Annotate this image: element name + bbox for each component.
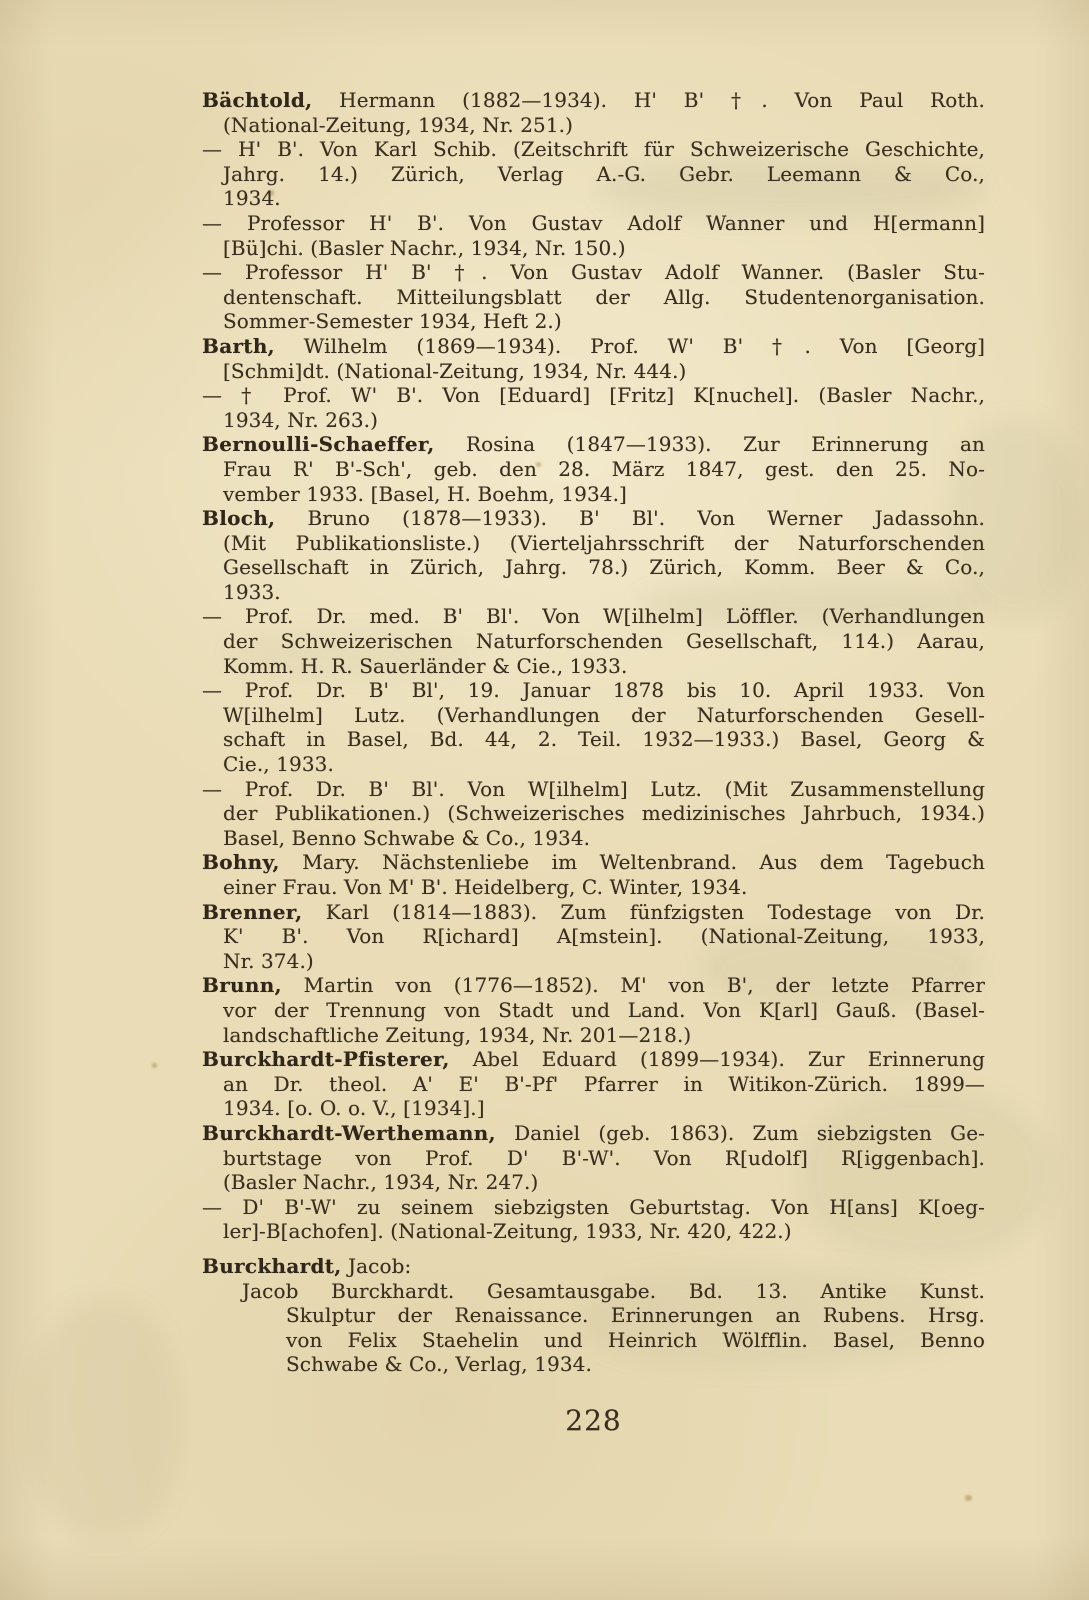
text-line: vember 1933. [Basel, H. Boehm, 1934.] [202,482,985,507]
text-line: 1934. [202,186,985,211]
text-line: — † Prof. W' B'. Von [Eduard] [Fritz] K[… [202,383,985,408]
text-line: Burckhardt-Werthemann, Daniel (geb. 1863… [202,1121,985,1146]
bib-entry: — D' B'-W' zu seinem siebzigsten Geburts… [202,1195,985,1244]
line-text: Skulptur der Renaissance. Erinnerungen a… [286,1303,985,1327]
line-text: der Schweizerischen Naturforschenden Ges… [223,629,985,653]
text-line: Burckhardt-Pfisterer, Abel Eduard (1899—… [202,1047,985,1072]
text-line: (Mit Publikationsliste.) (Vierteljahrssc… [202,531,985,556]
entry-headword: Burckhardt-Werthemann, [202,1121,496,1145]
line-text: — Professor H' B' †. Von Gustav Adolf Wa… [202,260,985,284]
text-line: Jahrg. 14.) Zürich, Verlag A.-G. Gebr. L… [202,162,985,187]
bib-entry: Burckhardt-Pfisterer, Abel Eduard (1899—… [202,1047,985,1121]
text-line: dentenschaft. Mitteilungsblatt der Allg.… [202,285,985,310]
line-text: 1934. [o. O. o. V., [1934].] [223,1096,485,1120]
line-text: Wilhelm (1869—1934). Prof. W' B' †. Von … [275,334,985,358]
line-text: (National-Zeitung, 1934, Nr. 251.) [223,113,573,137]
text-line: landschaftliche Zeitung, 1934, Nr. 201—2… [202,1023,985,1048]
bib-entry: Bächtold, Hermann (1882—1934). H' B' †. … [202,88,985,137]
bib-entry: Bernoulli-Schaeffer, Rosina (1847—1933).… [202,432,985,506]
text-line: Burckhardt, Jacob: [202,1254,985,1279]
bib-entry: — Prof. Dr. B' Bl', 19. Januar 1878 bis … [202,678,985,776]
line-text: Mary. Nächstenliebe im Weltenbrand. Aus … [280,850,985,874]
foxing-speck [152,1063,157,1068]
text-line: burtstage von Prof. D' B'-W'. Von R[udol… [202,1146,985,1171]
line-text: landschaftliche Zeitung, 1934, Nr. 201—2… [223,1023,691,1047]
line-text: [Schmi]dt. (National-Zeitung, 1934, Nr. … [223,359,686,383]
entry-headword: Bohny, [202,850,280,874]
text-line: — H' B'. Von Karl Schib. (Zeitschrift fü… [202,137,985,162]
entry-headword: Brunn, [202,973,282,997]
text-line: Frau R' B'-Sch', geb. den 28. März 1847,… [202,457,985,482]
bib-entry: — Prof. Dr. B' Bl'. Von W[ilhelm] Lutz. … [202,777,985,851]
text-line: — D' B'-W' zu seinem siebzigsten Geburts… [202,1195,985,1220]
bibliography: Bächtold, Hermann (1882—1934). H' B' †. … [202,88,985,1377]
text-line: von Felix Staehelin und Heinrich Wölffli… [202,1328,985,1353]
line-text: Basel, Benno Schwabe & Co., 1934. [223,826,590,850]
text-line: einer Frau. Von M' B'. Heidelberg, C. Wi… [202,875,985,900]
bib-entry: — H' B'. Von Karl Schib. (Zeitschrift fü… [202,137,985,211]
line-text: Gesellschaft in Zürich, Jahrg. 78.) Züri… [223,555,985,579]
show-through-stain [30,1300,180,1540]
line-text: Hermann (1882—1934). H' B' †. Von Paul R… [312,88,985,112]
text-line: — Prof. Dr. B' Bl'. Von W[ilhelm] Lutz. … [202,777,985,802]
entry-headword: Bloch, [202,506,275,530]
text-line: Brenner, Karl (1814—1883). Zum fünfzigst… [202,900,985,925]
line-text: ler]-B[achofen]. (National-Zeitung, 1933… [223,1219,792,1243]
text-line: Basel, Benno Schwabe & Co., 1934. [202,826,985,851]
line-text: Komm. H. R. Sauerländer & Cie., 1933. [223,654,627,678]
text-line: Gesellschaft in Zürich, Jahrg. 78.) Züri… [202,555,985,580]
text-line: an Dr. theol. A' E' B'-Pf' Pfarrer in Wi… [202,1072,985,1097]
text-line: Sommer-Semester 1934, Heft 2.) [202,309,985,334]
line-text: burtstage von Prof. D' B'-W'. Von R[udol… [223,1146,985,1170]
line-text: Sommer-Semester 1934, Heft 2.) [223,309,562,333]
text-line: (Basler Nachr., 1934, Nr. 247.) [202,1170,985,1195]
text-line: K' B'. Von R[ichard] A[mstein]. (Nationa… [202,924,985,949]
text-line: Komm. H. R. Sauerländer & Cie., 1933. [202,654,985,679]
text-line: ler]-B[achofen]. (National-Zeitung, 1933… [202,1219,985,1244]
page-number: 228 [202,1404,985,1437]
entry-headword: Burckhardt, [202,1254,342,1278]
text-line: Cie., 1933. [202,752,985,777]
bib-entry: Bohny, Mary. Nächstenliebe im Weltenbran… [202,850,985,899]
text-line: Bohny, Mary. Nächstenliebe im Weltenbran… [202,850,985,875]
line-text: (Basler Nachr., 1934, Nr. 247.) [223,1170,538,1194]
line-text: vember 1933. [Basel, H. Boehm, 1934.] [223,482,627,506]
line-text: Jahrg. 14.) Zürich, Verlag A.-G. Gebr. L… [223,162,985,186]
text-line: (National-Zeitung, 1934, Nr. 251.) [202,113,985,138]
line-text: — Prof. Dr. med. B' Bl'. Von W[ilhelm] L… [202,604,985,628]
bib-entry: Burckhardt-Werthemann, Daniel (geb. 1863… [202,1121,985,1195]
line-text: 1934. [223,186,281,210]
text-line: — Prof. Dr. med. B' Bl'. Von W[ilhelm] L… [202,604,985,629]
line-text: einer Frau. Von M' B'. Heidelberg, C. Wi… [223,875,747,899]
line-text: dentenschaft. Mitteilungsblatt der Allg.… [223,285,985,309]
bib-entry: — Professor H' B' †. Von Gustav Adolf Wa… [202,260,985,334]
bib-entry: Jacob Burckhardt. Gesamtausgabe. Bd. 13.… [202,1279,985,1377]
line-text: K' B'. Von R[ichard] A[mstein]. (Nationa… [223,924,985,948]
entry-headword: Barth, [202,334,275,358]
text-line: der Publikationen.) (Schweizerisches med… [202,801,985,826]
text-line: Bernoulli-Schaeffer, Rosina (1847—1933).… [202,432,985,457]
line-text: — H' B'. Von Karl Schib. (Zeitschrift fü… [202,137,985,161]
line-text: — Prof. Dr. B' Bl'. Von W[ilhelm] Lutz. … [202,777,985,801]
text-line: — Prof. Dr. B' Bl', 19. Januar 1878 bis … [202,678,985,703]
bib-entry: Barth, Wilhelm (1869—1934). Prof. W' B' … [202,334,985,383]
line-text: Martin von (1776—1852). M' von B', der l… [282,973,985,997]
bib-entry: — Professor H' B'. Von Gustav Adolf Wann… [202,211,985,260]
line-text: — D' B'-W' zu seinem siebzigsten Geburts… [202,1195,985,1219]
line-text: Daniel (geb. 1863). Zum siebzigsten Ge- [496,1121,985,1145]
line-text: 1934, Nr. 263.) [223,408,378,432]
scanned-book-page: Bächtold, Hermann (1882—1934). H' B' †. … [0,0,1089,1600]
text-line: — Professor H' B'. Von Gustav Adolf Wann… [202,211,985,236]
entry-headword: Burckhardt-Pfisterer, [202,1047,450,1071]
text-line: [Bü]chi. (Basler Nachr., 1934, Nr. 150.) [202,236,985,261]
text-line: W[ilhelm] Lutz. (Verhandlungen der Natur… [202,703,985,728]
line-text: der Publikationen.) (Schweizerisches med… [223,801,985,825]
entry-headword: Bächtold, [202,88,312,112]
line-text: (Mit Publikationsliste.) (Vierteljahrssc… [223,531,985,555]
text-line: Bloch, Bruno (1878—1933). B' Bl'. Von We… [202,506,985,531]
text-line: Jacob Burckhardt. Gesamtausgabe. Bd. 13.… [202,1279,985,1304]
line-text: — Professor H' B'. Von Gustav Adolf Wann… [202,211,985,235]
line-text: — † Prof. W' B'. Von [Eduard] [Fritz] K[… [202,383,985,407]
line-text: W[ilhelm] Lutz. (Verhandlungen der Natur… [223,703,985,727]
line-text: Abel Eduard (1899—1934). Zur Erinnerung [450,1047,985,1071]
bib-entry: Brenner, Karl (1814—1883). Zum fünfzigst… [202,900,985,974]
line-text: [Bü]chi. (Basler Nachr., 1934, Nr. 150.) [223,236,626,260]
bib-entry: Bloch, Bruno (1878—1933). B' Bl'. Von We… [202,506,985,604]
line-text: Nr. 374.) [223,949,314,973]
line-text: Frau R' B'-Sch', geb. den 28. März 1847,… [223,457,985,481]
text-line: 1933. [202,580,985,605]
text-line: Bächtold, Hermann (1882—1934). H' B' †. … [202,88,985,113]
line-text: Bruno (1878—1933). B' Bl'. Von Werner Ja… [275,506,985,530]
text-line: Nr. 374.) [202,949,985,974]
text-line: Schwabe & Co., Verlag, 1934. [202,1352,985,1377]
line-text: Rosina (1847—1933). Zur Erinnerung an [435,432,985,456]
bib-entry: Brunn, Martin von (1776—1852). M' von B'… [202,973,985,1047]
bib-entry: — Prof. Dr. med. B' Bl'. Von W[ilhelm] L… [202,604,985,678]
line-text: Cie., 1933. [223,752,334,776]
text-line: Skulptur der Renaissance. Erinnerungen a… [202,1303,985,1328]
bib-entry: Burckhardt, Jacob: [202,1254,985,1279]
line-text: Schwabe & Co., Verlag, 1934. [286,1352,592,1376]
text-line: Barth, Wilhelm (1869—1934). Prof. W' B' … [202,334,985,359]
line-text: Karl (1814—1883). Zum fünfzigsten Todest… [302,900,985,924]
line-text: vor der Trennung von Stadt und Land. Von… [223,998,985,1022]
text-line: — Professor H' B' †. Von Gustav Adolf Wa… [202,260,985,285]
line-text: schaft in Basel, Bd. 44, 2. Teil. 1932—1… [223,727,985,751]
line-text: von Felix Staehelin und Heinrich Wölffli… [286,1328,985,1352]
text-line: 1934. [o. O. o. V., [1934].] [202,1096,985,1121]
line-text: Jacob Burckhardt. Gesamtausgabe. Bd. 13.… [242,1279,985,1303]
bib-entry: — † Prof. W' B'. Von [Eduard] [Fritz] K[… [202,383,985,432]
text-line: [Schmi]dt. (National-Zeitung, 1934, Nr. … [202,359,985,384]
line-text: an Dr. theol. A' E' B'-Pf' Pfarrer in Wi… [223,1072,985,1096]
foxing-speck [965,1495,972,1501]
text-line: vor der Trennung von Stadt und Land. Von… [202,998,985,1023]
text-line: der Schweizerischen Naturforschenden Ges… [202,629,985,654]
text-line: Brunn, Martin von (1776—1852). M' von B'… [202,973,985,998]
entry-headword: Brenner, [202,900,302,924]
text-line: 1934, Nr. 263.) [202,408,985,433]
entry-headword: Bernoulli-Schaeffer, [202,432,435,456]
line-text: — Prof. Dr. B' Bl', 19. Januar 1878 bis … [202,678,985,702]
line-text: Jacob: [342,1254,412,1278]
text-line: schaft in Basel, Bd. 44, 2. Teil. 1932—1… [202,727,985,752]
line-text: 1933. [223,580,281,604]
